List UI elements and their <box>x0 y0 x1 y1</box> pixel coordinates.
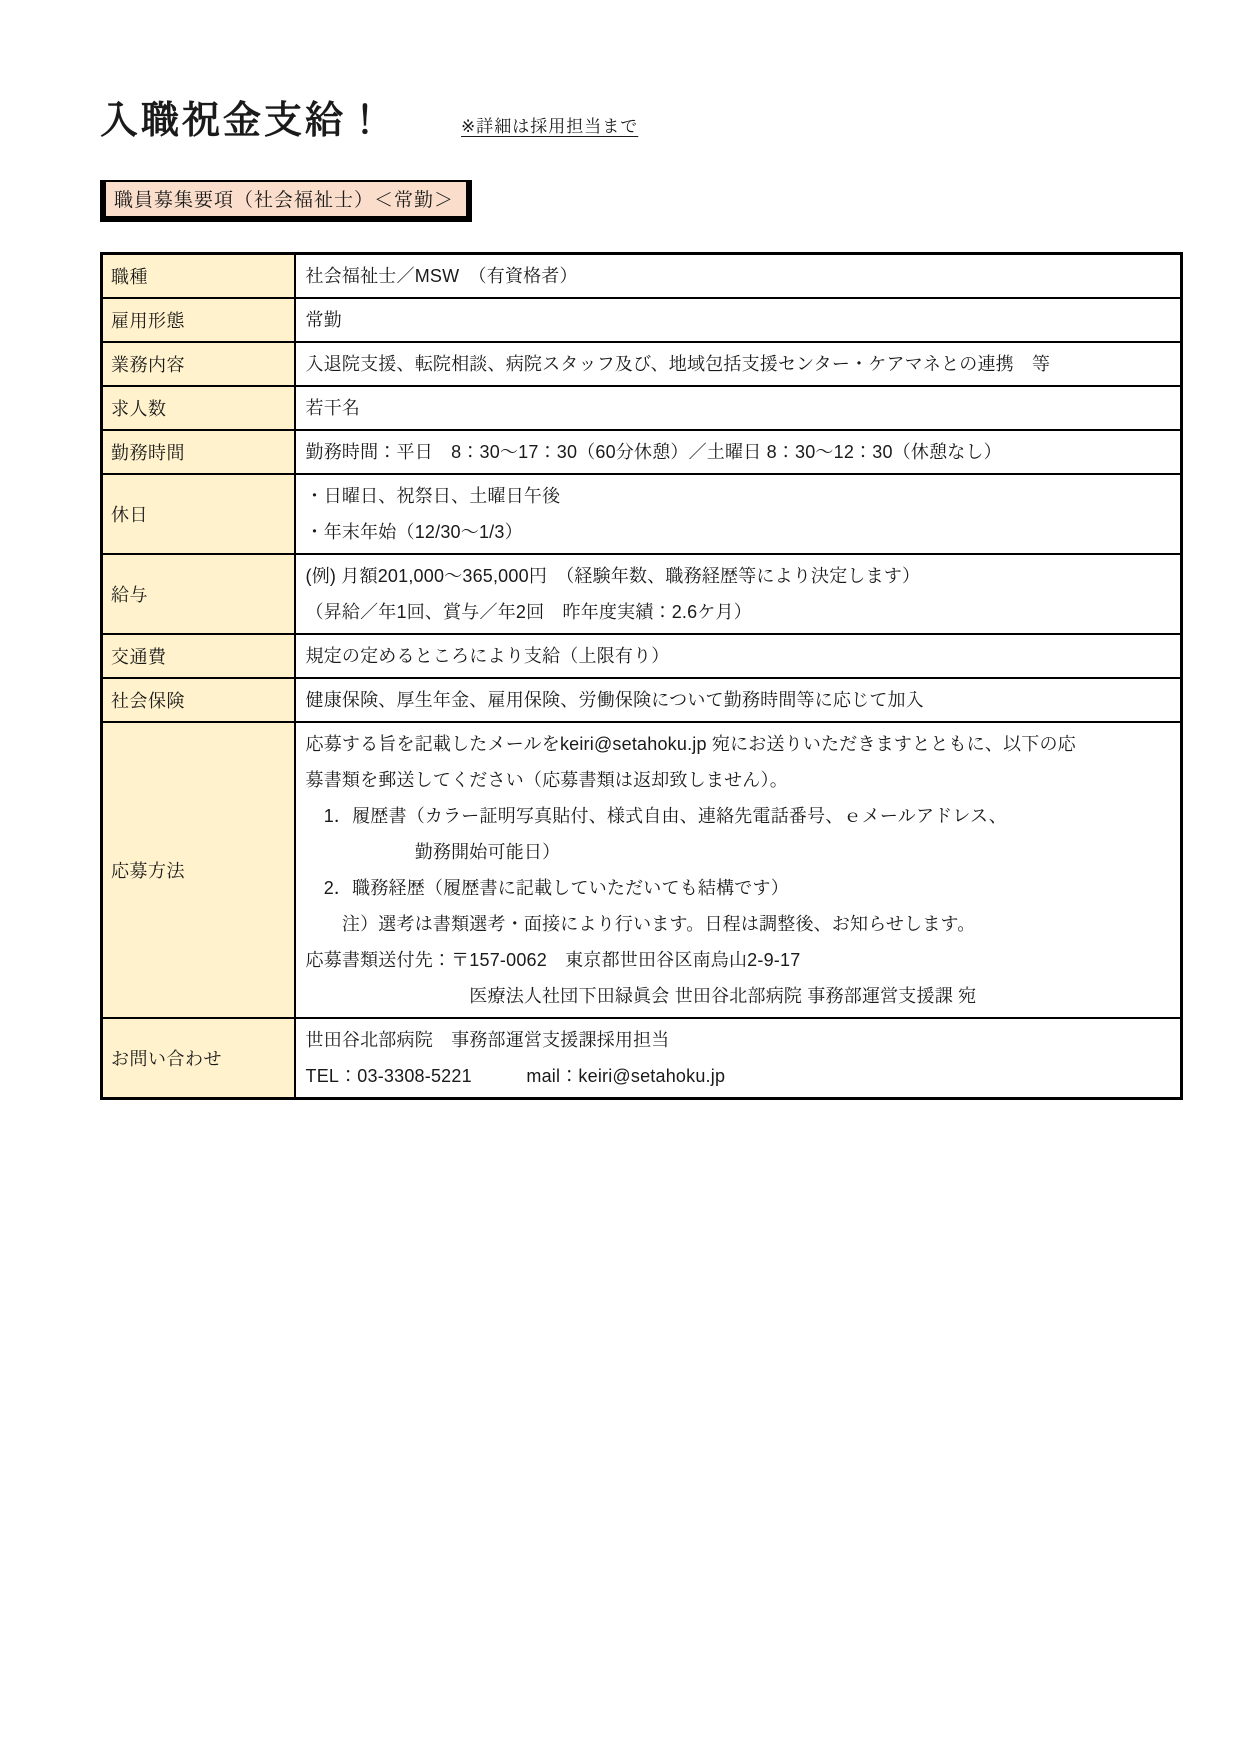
table-row: 休日 ・日曜日、祝祭日、土曜日午後・年末年始（12/30～1/3） <box>102 474 1182 554</box>
value-line: 募書類を郵送してください（応募書類は返却致しません）。 <box>306 762 1171 798</box>
table-row: 給与 (例) 月額201,000～365,000円 （経験年数、職務経歴等により… <box>102 554 1182 634</box>
table-row: 応募方法 応募する旨を記載したメールをkeiri@setahoku.jp 宛にお… <box>102 722 1182 1018</box>
row-value: ・日曜日、祝祭日、土曜日午後・年末年始（12/30～1/3） <box>295 474 1182 554</box>
row-label: 応募方法 <box>102 722 295 1018</box>
value-line: 応募書類送付先：〒157-0062 東京都世田谷区南烏山2-9-17 <box>306 942 1171 978</box>
row-label: 職種 <box>102 253 295 298</box>
row-label: 交通費 <box>102 634 295 678</box>
value-line: 注）選考は書類選考・面接により行います。日程は調整後、お知らせします。 <box>306 906 1171 942</box>
value-line: 若干名 <box>306 390 1171 426</box>
table-row: お問い合わせ 世田谷北部病院 事務部運営支援課採用担当TEL：03-3308-5… <box>102 1018 1182 1099</box>
recruit-table-body: 職種 社会福祉士／MSW （有資格者） 雇用形態 常勤 業務内容 入退院支援、転… <box>102 253 1182 1098</box>
value-line: 世田谷北部病院 事務部運営支援課採用担当 <box>306 1022 1171 1058</box>
table-row: 交通費 規定の定めるところにより支給（上限有り） <box>102 634 1182 678</box>
table-row: 社会保険 健康保険、厚生年金、雇用保険、労働保険について勤務時間等に応じて加入 <box>102 678 1182 722</box>
value-line: 健康保険、厚生年金、雇用保険、労働保険について勤務時間等に応じて加入 <box>306 682 1171 718</box>
row-label: 社会保険 <box>102 678 295 722</box>
value-line: 1．履歴書（カラー証明写真貼付、様式自由、連絡先電話番号、ｅメールアドレス、 <box>306 798 1171 834</box>
document-page: 入職祝金支給！ ※詳細は採用担当まで 職員募集要項（社会福祉士）＜常勤＞ 職種 … <box>0 0 1241 1755</box>
row-value: (例) 月額201,000～365,000円 （経験年数、職務経歴等により決定し… <box>295 554 1182 634</box>
table-row: 雇用形態 常勤 <box>102 298 1182 342</box>
value-line: 規定の定めるところにより支給（上限有り） <box>306 638 1171 674</box>
row-label: 雇用形態 <box>102 298 295 342</box>
table-row: 求人数 若干名 <box>102 386 1182 430</box>
value-line: 2．職務経歴（履歴書に記載していただいても結構です） <box>306 870 1171 906</box>
row-label: 勤務時間 <box>102 430 295 474</box>
row-label: 給与 <box>102 554 295 634</box>
row-label: お問い合わせ <box>102 1018 295 1099</box>
value-line: 応募する旨を記載したメールをkeiri@setahoku.jp 宛にお送りいただ… <box>306 726 1171 762</box>
row-value: 勤務時間：平日 8：30～17：30（60分休憩）／土曜日 8：30～12：30… <box>295 430 1182 474</box>
row-value: 応募する旨を記載したメールをkeiri@setahoku.jp 宛にお送りいただ… <box>295 722 1182 1018</box>
row-value: 常勤 <box>295 298 1182 342</box>
value-line: ・日曜日、祝祭日、土曜日午後 <box>306 478 1171 514</box>
value-line: 常勤 <box>306 302 1171 338</box>
value-line: 医療法人社団下田緑眞会 世田谷北部病院 事務部運営支援課 宛 <box>306 978 1171 1014</box>
value-line: （昇給／年1回、賞与／年2回 昨年度実績：2.6ケ月） <box>306 594 1171 630</box>
recruit-table: 職種 社会福祉士／MSW （有資格者） 雇用形態 常勤 業務内容 入退院支援、転… <box>100 252 1183 1100</box>
row-value: 社会福祉士／MSW （有資格者） <box>295 253 1182 298</box>
value-line: TEL：03-3308-5221 mail：keiri@setahoku.jp <box>306 1058 1171 1094</box>
row-value: 入退院支援、転院相談、病院スタッフ及び、地域包括支援センター・ケアマネとの連携 … <box>295 342 1182 386</box>
value-line: 勤務開始可能日） <box>306 834 1171 870</box>
value-line: ・年末年始（12/30～1/3） <box>306 514 1171 550</box>
recruitment-banner: 職員募集要項（社会福祉士）＜常勤＞ <box>100 180 472 222</box>
row-value: 健康保険、厚生年金、雇用保険、労働保険について勤務時間等に応じて加入 <box>295 678 1182 722</box>
table-row: 業務内容 入退院支援、転院相談、病院スタッフ及び、地域包括支援センター・ケアマネ… <box>102 342 1182 386</box>
row-value: 規定の定めるところにより支給（上限有り） <box>295 634 1182 678</box>
table-row: 職種 社会福祉士／MSW （有資格者） <box>102 253 1182 298</box>
value-line: 入退院支援、転院相談、病院スタッフ及び、地域包括支援センター・ケアマネとの連携 … <box>306 346 1171 382</box>
page-title: 入職祝金支給！ <box>100 100 387 144</box>
title-row: 入職祝金支給！ ※詳細は採用担当まで <box>100 100 1183 144</box>
value-line: 社会福祉士／MSW （有資格者） <box>306 258 1171 294</box>
detail-note: ※詳細は採用担当まで <box>461 112 638 137</box>
value-line: 勤務時間：平日 8：30～17：30（60分休憩）／土曜日 8：30～12：30… <box>306 434 1171 470</box>
row-value: 若干名 <box>295 386 1182 430</box>
document-content: 入職祝金支給！ ※詳細は採用担当まで 職員募集要項（社会福祉士）＜常勤＞ 職種 … <box>0 0 1241 1100</box>
row-label: 休日 <box>102 474 295 554</box>
value-line: (例) 月額201,000～365,000円 （経験年数、職務経歴等により決定し… <box>306 558 1171 594</box>
row-value: 世田谷北部病院 事務部運営支援課採用担当TEL：03-3308-5221 mai… <box>295 1018 1182 1099</box>
row-label: 業務内容 <box>102 342 295 386</box>
table-row: 勤務時間 勤務時間：平日 8：30～17：30（60分休憩）／土曜日 8：30～… <box>102 430 1182 474</box>
row-label: 求人数 <box>102 386 295 430</box>
